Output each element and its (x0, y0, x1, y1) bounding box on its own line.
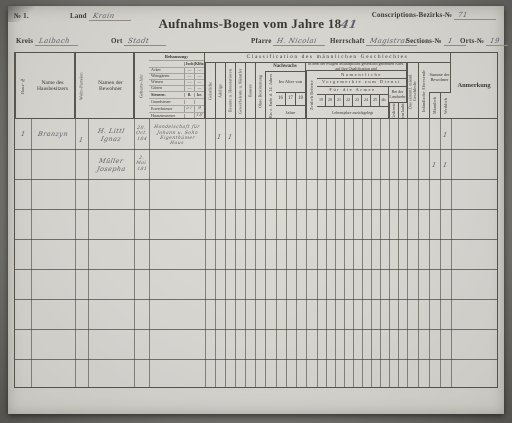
col-header-haus-no: Haus-№ (15, 53, 31, 119)
grid-hline (15, 179, 497, 180)
summe-weiblich-header: Weiblich (440, 93, 451, 119)
grid-hline (15, 149, 497, 150)
orts-field: Orts-№ 19 (460, 37, 508, 46)
age-col-header: 22 (344, 95, 353, 107)
grid-vline (265, 119, 266, 387)
class-col-header: Bauern (245, 63, 255, 119)
tax-row: Erwerbsteuer 57 9 (149, 106, 204, 113)
im-alter-von-header: Im Alter von (276, 72, 306, 93)
vorgemerkte-header: Vorgemerkte zum Dienst (317, 79, 407, 87)
grid-vline (317, 119, 318, 387)
klftr-header: Klftr. (194, 62, 204, 66)
col-header-partei: Wohn-Parteien (75, 53, 88, 119)
grid-vline (205, 119, 206, 387)
grid-hline (15, 239, 497, 240)
class-col-header: Adelige (215, 63, 225, 119)
age-col-header: 19 (317, 95, 326, 107)
col-header-geburt: Geburts-Jahr (134, 53, 149, 119)
grid-hline (15, 209, 497, 210)
grid-hline (15, 299, 497, 300)
landwehr-col-header: Beurlaubte (398, 103, 407, 119)
col-header-behausung: Behausung: Joch Klftr. Äcker — — Wei (149, 53, 205, 119)
landwehr-col-header: Gediente (389, 103, 398, 119)
grid-vline (276, 119, 277, 387)
summe-header: Summe der Bewohner (429, 63, 451, 93)
age-col-header: 25 (371, 95, 380, 107)
grid-vline (429, 119, 430, 387)
saemmtlich-header: Das sämmtl. männl. Geschlecht (407, 63, 418, 119)
grid-vline (418, 119, 419, 387)
scanned-document-photo: № 1. Land Krain Conscriptions-Bezirks-№ … (0, 0, 512, 423)
grid-vline (286, 119, 287, 387)
grid-vline (134, 119, 135, 387)
conscription-value-handwritten: 71 (457, 11, 468, 19)
age-col-header: 24 (362, 95, 371, 107)
orts-value-handwritten: 19 (489, 37, 500, 45)
tax-fl-handwritten: 57 (186, 106, 194, 111)
grid-vline (362, 119, 363, 387)
grid-vline (407, 119, 408, 387)
form-header-band: № 1. Land Krain Conscriptions-Bezirks-№ … (8, 6, 504, 52)
grid-vline (335, 119, 336, 387)
cell-tally-mark: 1 (440, 127, 451, 143)
col-header-bewohner: Namen der Bewohner (88, 53, 134, 119)
grid-vline (344, 119, 345, 387)
behausung-title: Behausung: (149, 53, 204, 61)
grid-vline (353, 119, 354, 387)
age-col-header: 20 (326, 95, 335, 107)
cell-bewohner: Müller Josepha (88, 149, 134, 181)
cell-geburt: 2. Mai 181 (134, 149, 149, 179)
age-col-header: 21 (335, 95, 344, 107)
herrschaft-value-handwritten: Magistrat (370, 37, 410, 45)
grid-vline (75, 119, 76, 387)
steuern-header-row: Steuern: fl. kr. (149, 92, 204, 99)
sections-field: Sections-№ 1 (406, 37, 466, 46)
tax-kr-handwritten: 9 (197, 106, 201, 111)
pfarre-value-handwritten: H. Nicolai (277, 37, 318, 45)
grid-vline (245, 119, 246, 387)
nachwuchs-bis14-header: Bis z. Ende d. 14. Jahres (265, 72, 276, 119)
grid-vline (296, 119, 297, 387)
fl-header: fl. (184, 93, 194, 97)
form-paper: № 1. Land Krain Conscriptions-Bezirks-№ … (8, 6, 504, 414)
cell-partei: 1 (75, 125, 88, 155)
class-col-header: Geistliche (205, 63, 215, 119)
namentliche-header: Namentliche (317, 71, 407, 79)
kreis-field: Kreis Laibach (16, 37, 78, 46)
summe-maennlich-header: Männlich (429, 93, 440, 119)
age-col-header: 16 (276, 93, 286, 106)
pfarre-field: Pfarre H. Nicolai (251, 37, 325, 46)
sections-value-handwritten: 1 (447, 37, 453, 45)
table-body: 1 Branzyn 1 H. Littl Ignaz 20. Oct. 184 … (15, 119, 497, 387)
nachwuchs-title: Nachwuchs (265, 63, 306, 72)
joch-header: Joch (184, 62, 194, 66)
tax-kr-handwritten: 18 (196, 113, 204, 118)
militaer-title: In dem der ewigen Militärpflicht gesetzl… (306, 63, 407, 71)
grid-vline (225, 119, 226, 387)
age-col-header: 17 (286, 93, 296, 106)
ort-field: Ort Stadt (111, 37, 166, 46)
kr-header: kr. (194, 93, 204, 97)
cell-tally-mark: 1 (440, 157, 451, 173)
classification-title: Classification des männlichen Geschlecht… (205, 53, 451, 63)
title-year-handwritten: 41 (340, 18, 358, 31)
zeitlich-befreite-header: Zeitlich Befreite (306, 71, 317, 119)
table-header: Haus-№ Name des Hausbesitzers Wohn-Parte… (15, 53, 497, 119)
tax-row: Grundsteuer (149, 99, 204, 106)
behausung-unit-row: Joch Klftr. (149, 61, 204, 68)
class-col-header: Ohne Bestimmung (255, 63, 265, 119)
lebensjahre-footer: Lebensjahre zurückgelegt (317, 107, 389, 119)
grid-hline (15, 269, 497, 270)
kreis-value-handwritten: Laibach (38, 37, 70, 45)
grid-hline (15, 359, 497, 360)
grid-hline (15, 329, 497, 330)
grid-vline (235, 119, 236, 387)
cell-tally-mark: 1 (429, 157, 440, 173)
abwesende-header: Inländische Abwesende (418, 63, 429, 119)
age-col-header: 18 (296, 93, 306, 106)
class-col-header: Gewerbsleute u. Künstler (235, 63, 245, 119)
landwehr-header: Bei der Landwehr (389, 87, 407, 103)
jahre-footer: Jahre (276, 106, 306, 119)
grid-vline (440, 119, 441, 387)
grid-vline (398, 119, 399, 387)
anmerkung-header: Anmerkung (451, 53, 497, 119)
grid-vline (389, 119, 390, 387)
conscription-table: Haus-№ Name des Hausbesitzers Wohn-Parte… (14, 52, 498, 388)
grid-vline (255, 119, 256, 387)
grid-vline (380, 119, 381, 387)
cell-bewohner: H. Littl Ignaz (88, 119, 134, 151)
herrschaft-field: Herrschaft Magistrat (330, 37, 417, 46)
cell-haus-no: 1 (15, 119, 31, 149)
class-col-header: Beamte u. Honoratioren (225, 63, 235, 119)
cell-qualification: Handelschaft für Johann u. Sohn Eigenthü… (149, 119, 205, 153)
cell-owner: Branzyn (31, 119, 75, 149)
steuern-label: Steuern: (151, 93, 184, 97)
fuer-armee-header: Für die Armee (317, 87, 389, 95)
col-header-owner: Name des Hausbesitzers (31, 53, 75, 119)
grid-vline (88, 119, 89, 387)
cell-geburt: 20. Oct. 184 (134, 119, 149, 149)
grid-vline (451, 119, 452, 387)
sheet-number: № 1. (14, 12, 29, 20)
grid-vline (31, 119, 32, 387)
form-title: Aufnahms-Bogen vom Jahre 1841 (118, 16, 398, 32)
age-col-header: 23 (353, 95, 362, 107)
ort-value-handwritten: Stadt (128, 37, 150, 45)
grid-vline (371, 119, 372, 387)
behausung-box: Behausung: Joch Klftr. Äcker — — Wei (149, 53, 204, 119)
grid-vline (306, 119, 307, 387)
grid-vline (215, 119, 216, 387)
grid-vline (326, 119, 327, 387)
age-col-header: üb. (380, 95, 389, 107)
land-value-handwritten: Krain (92, 12, 115, 20)
grid-vline (149, 119, 150, 387)
